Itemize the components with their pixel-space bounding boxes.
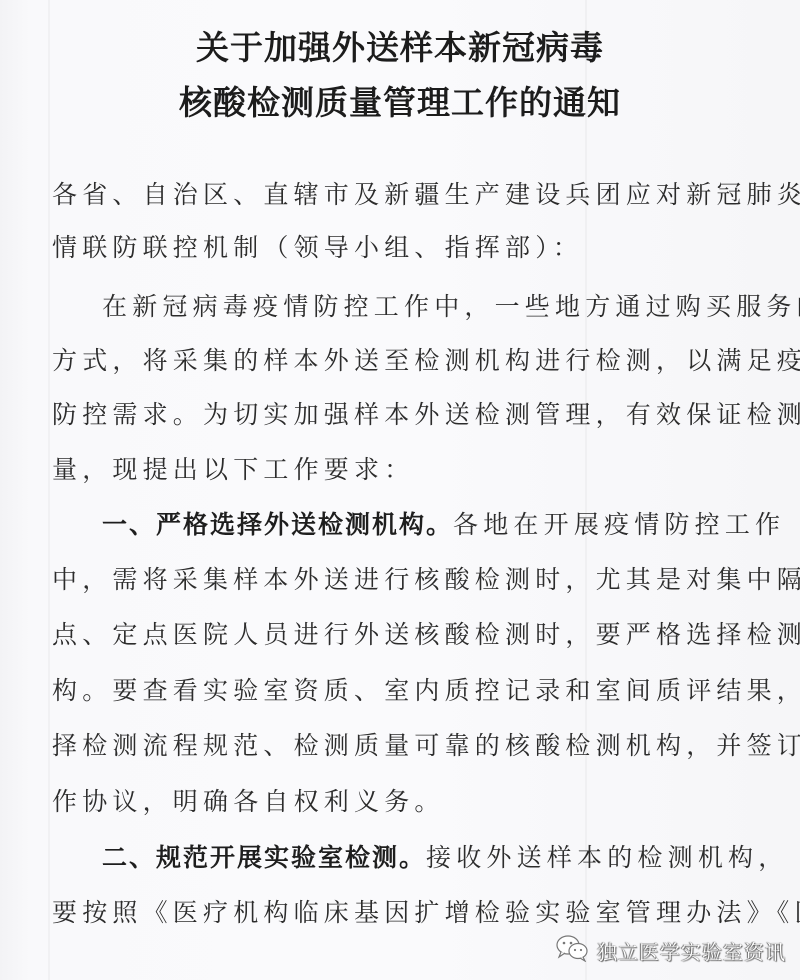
section-1-line: 中，需将采集样本外送进行核酸检测时，尤其是对集中隔离 — [52, 560, 762, 596]
section-1-text: 各地在开展疫情防控工作 — [453, 510, 785, 539]
salutation-line: 情联防联控机制（领导小组、指挥部）： — [52, 228, 762, 264]
intro-line: 防控需求。为切实加强样本外送检测管理，有效保证检测质 — [52, 395, 762, 431]
wechat-icon — [555, 934, 589, 966]
scanned-document-page: 关于加强外送样本新冠病毒 核酸检测质量管理工作的通知 各省、自治区、直辖市及新疆… — [0, 0, 800, 980]
salutation-line: 各省、自治区、直辖市及新疆生产建设兵团应对新冠肺炎疫 — [52, 175, 762, 211]
document-title-line-2: 核酸检测质量管理工作的通知 — [0, 77, 800, 124]
section-1-heading: 一、严格选择外送检测机构。 — [102, 510, 453, 539]
section-2-line: 要按照《医疗机构临床基因扩增检验实验室管理办法》《医 — [52, 893, 762, 929]
section-1-first-line: 一、严格选择外送检测机构。各地在开展疫情防控工作 — [102, 505, 800, 541]
intro-line: 量，现提出以下工作要求： — [52, 450, 762, 486]
section-1-line: 构。要查看实验室资质、室内质控记录和室间质评结果，选 — [52, 671, 762, 707]
section-1-line: 点、定点医院人员进行外送核酸检测时，要严格选择检测机 — [52, 615, 762, 651]
scan-fold-line — [48, 0, 50, 980]
section-2-text: 接收外送样本的检测机构， — [426, 843, 788, 872]
intro-line: 在新冠病毒疫情防控工作中，一些地方通过购买服务的 — [102, 287, 800, 323]
scan-fold-line — [585, 0, 587, 980]
wechat-watermark: 独立医学实验室资讯 — [555, 934, 786, 966]
section-2-first-line: 二、规范开展实验室检测。接收外送样本的检测机构， — [102, 838, 800, 874]
section-2-heading: 二、规范开展实验室检测。 — [102, 843, 426, 872]
watermark-text: 独立医学实验室资讯 — [597, 936, 786, 965]
section-1-line: 作协议，明确各自权利义务。 — [52, 782, 762, 818]
document-title-line-1: 关于加强外送样本新冠病毒 — [0, 22, 800, 69]
section-1-line: 择检测流程规范、检测质量可靠的核酸检测机构，并签订工 — [52, 726, 762, 762]
intro-line: 方式，将采集的样本外送至检测机构进行检测，以满足疫情 — [52, 341, 762, 377]
